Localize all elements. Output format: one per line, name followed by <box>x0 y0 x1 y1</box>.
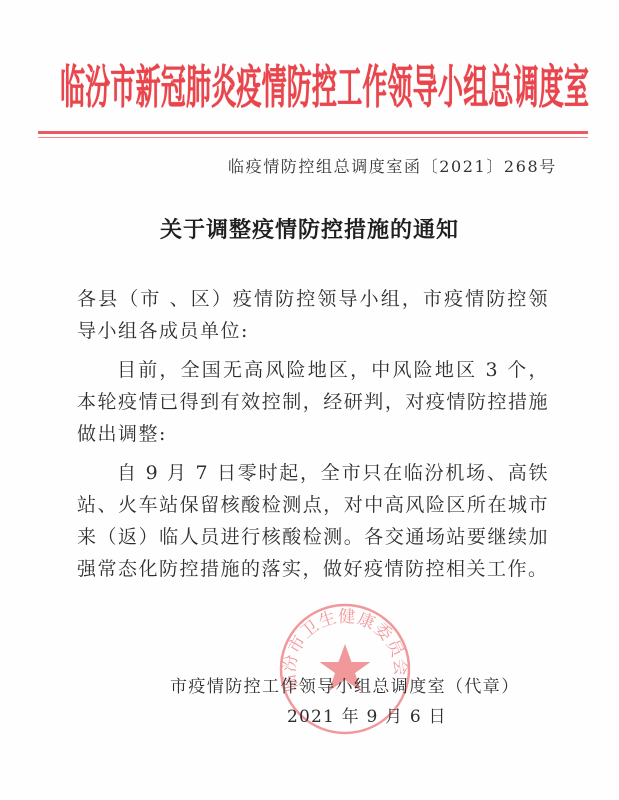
document-number: 临疫情防控组总调度室函〔2021〕268号 <box>228 154 557 177</box>
body-paragraph: 自 9 月 7 日零时起，全市只在临汾机场、高铁站、火车站保留核酸检测点，对中高… <box>77 457 549 585</box>
body-paragraph: 目前，全国无高风险地区，中风险地区 3 个，本轮疫情已得到有效控制，经研判，对疫… <box>77 354 549 450</box>
salutation: 各县（市 、区）疫情防控领导小组，市疫情防控领导小组各成员单位: <box>77 283 549 347</box>
letterhead-rule-thin <box>38 137 588 138</box>
document-page: 临汾市新冠肺炎疫情防控工作领导小组总调度室 临疫情防控组总调度室函〔2021〕2… <box>0 0 619 800</box>
document-title: 关于调整疫情防控措施的通知 <box>0 213 619 244</box>
letterhead: 临汾市新冠肺炎疫情防控工作领导小组总调度室 <box>60 64 568 114</box>
issue-date: 2021 年 9 月 6 日 <box>287 702 447 727</box>
letterhead-rule-thick <box>38 131 588 134</box>
document-body: 各县（市 、区）疫情防控领导小组，市疫情防控领导小组各成员单位: 目前，全国无高… <box>77 283 549 585</box>
letterhead-title: 临汾市新冠肺炎疫情防控工作领导小组总调度室 <box>60 64 568 110</box>
issuer-signature: 市疫情防控工作领导小组总调度室（代章） <box>170 672 520 697</box>
